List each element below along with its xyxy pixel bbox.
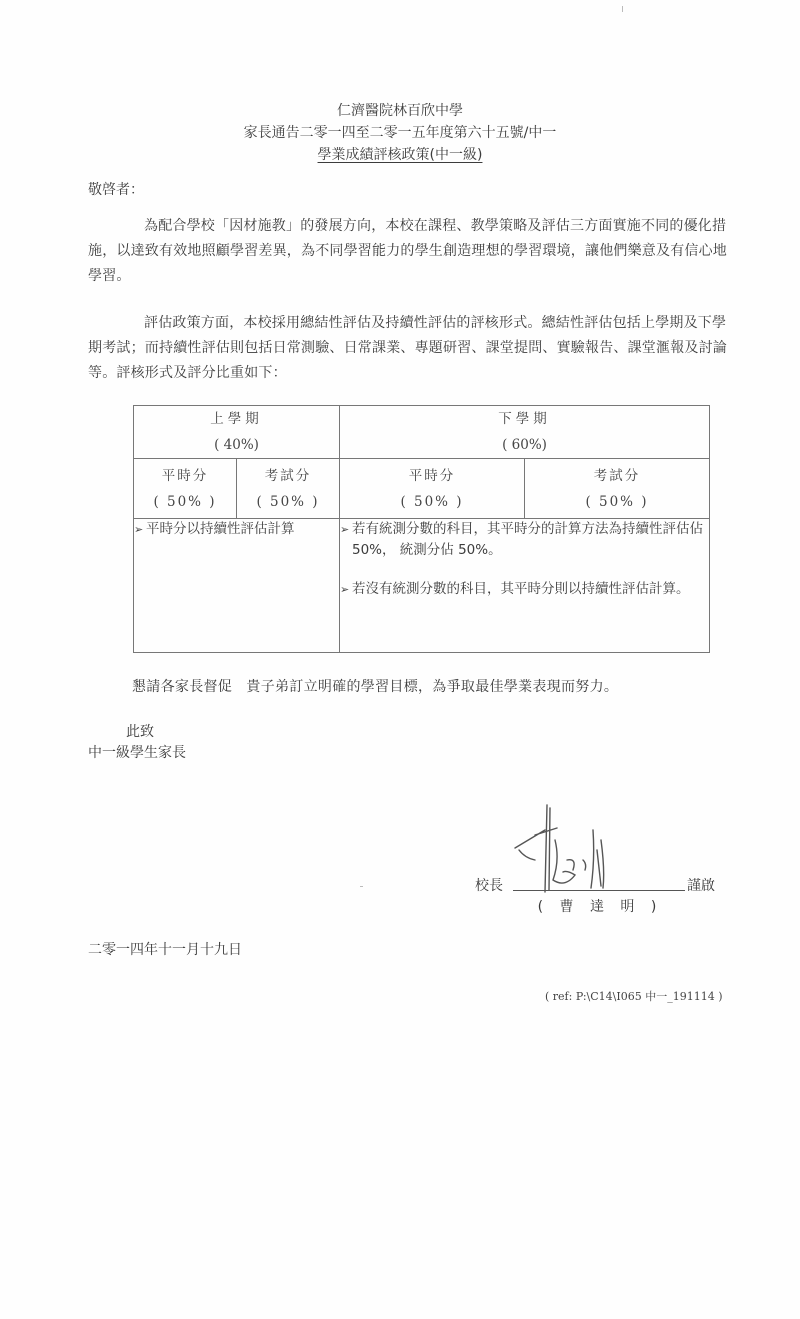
first-term-label: 上學期 xyxy=(134,406,339,432)
first-term-exam-header: 考試分 ( 50% ) xyxy=(237,459,340,519)
note-text: 平時分以持續性評估計算 xyxy=(146,519,295,540)
arrow-bullet-icon: ➢ xyxy=(134,519,146,540)
arrow-bullet-icon: ➢ xyxy=(340,519,352,540)
assessment-weighting-table: 上學期 ( 40%) 下學期 ( 60%) 平時分 ( 50% ) 考試分 ( … xyxy=(133,405,710,653)
principal-title: 校長 xyxy=(475,875,503,895)
notice-page: 仁濟醫院林百欣中學 家長通告二零一四至二零一五年度第六十五號/中一 學業成績評核… xyxy=(0,0,800,1319)
addressee: 中一級學生家長 xyxy=(88,743,186,763)
signature-block: 校長 謹啟 ( 曹 達 明 ) xyxy=(475,800,735,920)
scan-artifact xyxy=(360,886,363,887)
assessment-policy-paragraph: 評估政策方面，本校採用總結性評估及持續性評估的評核形式。總結性評估包括上學期及下… xyxy=(88,311,736,386)
second-term-exam-label: 考試分 xyxy=(525,463,709,489)
salutation: 敬啓者： xyxy=(88,180,144,200)
notice-header: 仁濟醫院林百欣中學 家長通告二零一四至二零一五年度第六十五號/中一 學業成績評核… xyxy=(0,100,800,166)
second-term-notes: ➢ 若有統測分數的科目，其平時分的計算方法為持續性評估佔 50%， 統測分佔 5… xyxy=(340,519,710,653)
second-term-coursework-weight: ( 50% ) xyxy=(340,489,524,515)
first-term-weight: ( 40%) xyxy=(134,432,339,458)
principal-name: ( 曹 達 明 ) xyxy=(535,896,665,916)
second-term-coursework-label: 平時分 xyxy=(340,463,524,489)
scan-artifact xyxy=(622,6,623,12)
second-term-exam-weight: ( 50% ) xyxy=(525,489,709,515)
second-term-weight: ( 60%) xyxy=(340,432,709,458)
note-item: ➢ 平時分以持續性評估計算 xyxy=(134,519,339,540)
reference-code: ( ref: P:\C14\I065 中一_191114 ) xyxy=(545,988,723,1004)
second-term-header: 下學期 ( 60%) xyxy=(340,406,710,459)
second-term-label: 下學期 xyxy=(340,406,709,432)
second-term-exam-header: 考試分 ( 50% ) xyxy=(525,459,710,519)
first-term-exam-weight: ( 50% ) xyxy=(237,489,339,515)
closing-request: 懇請各家長督促 貴子弟訂立明確的學習目標，為爭取最佳學業表現而努力。 xyxy=(132,677,618,697)
first-term-coursework-label: 平時分 xyxy=(134,463,236,489)
note-item: ➢ 若沒有統測分數的科目，其平時分則以持續性評估計算。 xyxy=(340,579,709,600)
first-term-notes: ➢ 平時分以持續性評估計算 xyxy=(134,519,340,653)
signature-closing: 謹啟 xyxy=(687,875,715,895)
regards: 此致 xyxy=(126,722,154,742)
term-header-row: 上學期 ( 40%) 下學期 ( 60%) xyxy=(134,406,710,459)
component-header-row: 平時分 ( 50% ) 考試分 ( 50% ) 平時分 ( 50% ) 考試分 … xyxy=(134,459,710,519)
intro-paragraph: 為配合學校「因材施教」的發展方向，本校在課程、教學策略及評估三方面實施不同的優化… xyxy=(88,214,736,289)
signature-line xyxy=(513,890,685,891)
second-term-coursework-header: 平時分 ( 50% ) xyxy=(340,459,525,519)
notice-date: 二零一四年十一月十九日 xyxy=(88,940,242,960)
school-name: 仁濟醫院林百欣中學 xyxy=(0,100,800,122)
note-text: 若有統測分數的科目，其平時分的計算方法為持續性評估佔 50%， 統測分佔 50%… xyxy=(352,519,709,561)
first-term-exam-label: 考試分 xyxy=(237,463,339,489)
note-text: 若沒有統測分數的科目，其平時分則以持續性評估計算。 xyxy=(352,579,690,600)
first-term-header: 上學期 ( 40%) xyxy=(134,406,340,459)
arrow-bullet-icon: ➢ xyxy=(340,579,352,600)
first-term-coursework-header: 平時分 ( 50% ) xyxy=(134,459,237,519)
notice-title: 學業成績評核政策(中一級) xyxy=(0,144,800,166)
notes-row: ➢ 平時分以持續性評估計算 ➢ 若有統測分數的科目，其平時分的計算方法為持續性評… xyxy=(134,519,710,653)
handwritten-signature-icon xyxy=(505,800,645,895)
notice-number: 家長通告二零一四至二零一五年度第六十五號/中一 xyxy=(0,122,800,144)
first-term-coursework-weight: ( 50% ) xyxy=(134,489,236,515)
note-item: ➢ 若有統測分數的科目，其平時分的計算方法為持續性評估佔 50%， 統測分佔 5… xyxy=(340,519,709,561)
